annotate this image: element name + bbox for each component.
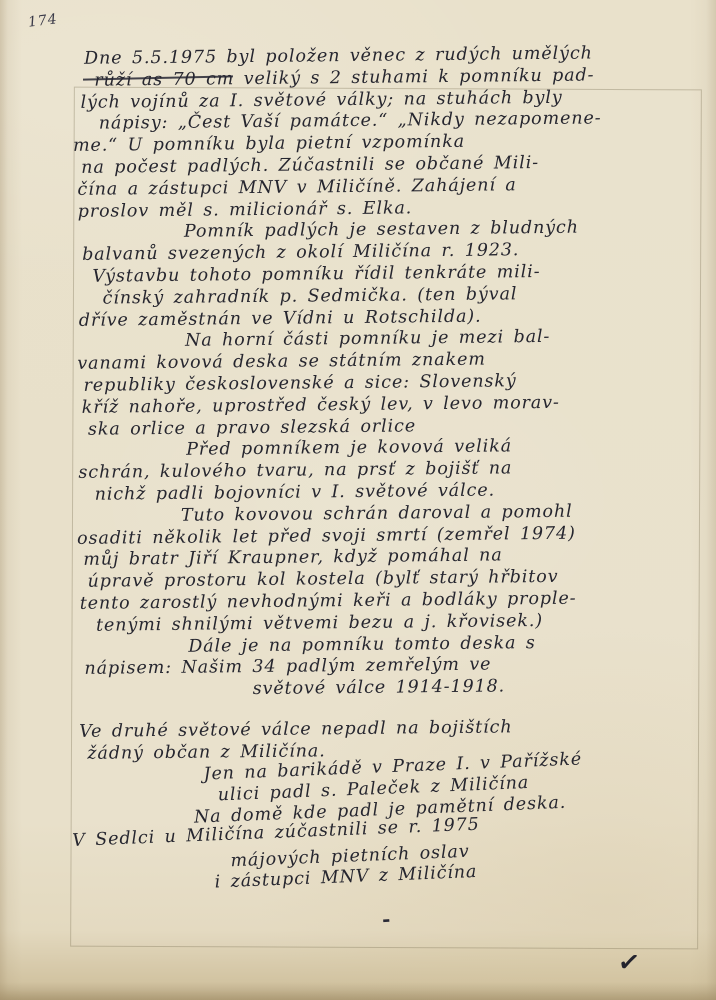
page-number: 174	[27, 11, 58, 31]
chronicle-page: 174 Dne 5.5.1975 byl položen věnec z rud…	[0, 0, 716, 1000]
handwritten-line: světové válce 1914-1918.	[253, 675, 693, 701]
dash-mark: -	[381, 907, 391, 932]
checkmark-icon: ✓	[616, 947, 642, 980]
handwritten-text-block: Dne 5.5.1975 byl položen věnec z rudých …	[64, 42, 695, 896]
